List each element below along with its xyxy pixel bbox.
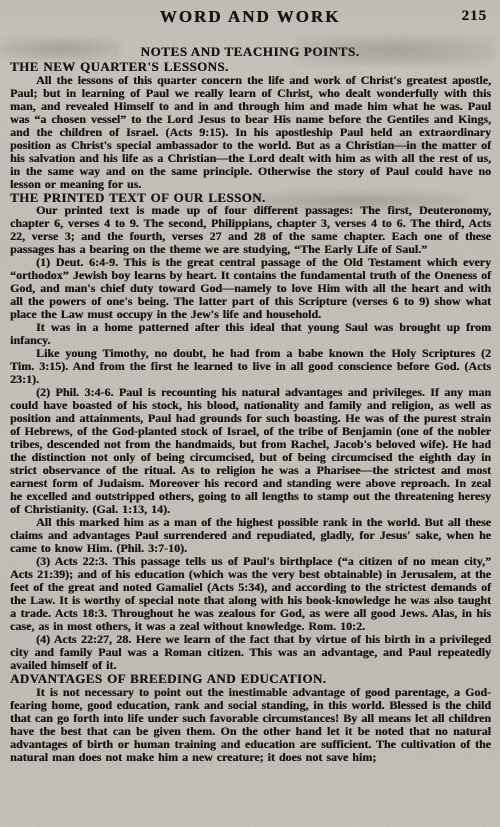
page-header: WORD AND WORK 215 <box>0 0 500 31</box>
section-heading-new-quarters-lessons: THE NEW QUARTER'S LESSONS. <box>10 60 491 74</box>
section-heading-printed-text: THE PRINTED TEXT OF OUR LESSON. <box>10 191 491 205</box>
main-heading: NOTES AND TEACHING POINTS. <box>0 44 500 60</box>
paragraph: (3) Acts 22:3. This passage tells us of … <box>10 555 491 633</box>
article-body: THE NEW QUARTER'S LESSONS. All the lesso… <box>0 60 500 764</box>
section-heading-advantages: ADVANTAGES OF BREEDING AND EDUCATION. <box>10 672 491 686</box>
paragraph: (1) Deut. 6:4-9. This is the great centr… <box>10 256 491 321</box>
journal-title: WORD AND WORK <box>0 7 500 27</box>
paragraph: Like young Timothy, no doubt, he had fro… <box>10 347 491 386</box>
paragraph: All the lessons of this quarter concern … <box>10 74 491 191</box>
scanned-document-page: WORD AND WORK 215 NOTES AND TEACHING POI… <box>0 0 500 827</box>
paragraph: Our printed text is made up of four diff… <box>10 204 491 256</box>
paragraph: (2) Phil. 3:4-6. Paul is recounting his … <box>10 386 491 516</box>
page-number: 215 <box>462 8 488 25</box>
paragraph: It was in a home patterned after this id… <box>10 321 491 347</box>
paragraph: All this marked him as a man of the high… <box>10 516 491 555</box>
paragraph: (4) Acts 22:27, 28. Here we learn of the… <box>10 633 491 672</box>
paragraph: It is not necessary to point out the ine… <box>10 686 491 764</box>
